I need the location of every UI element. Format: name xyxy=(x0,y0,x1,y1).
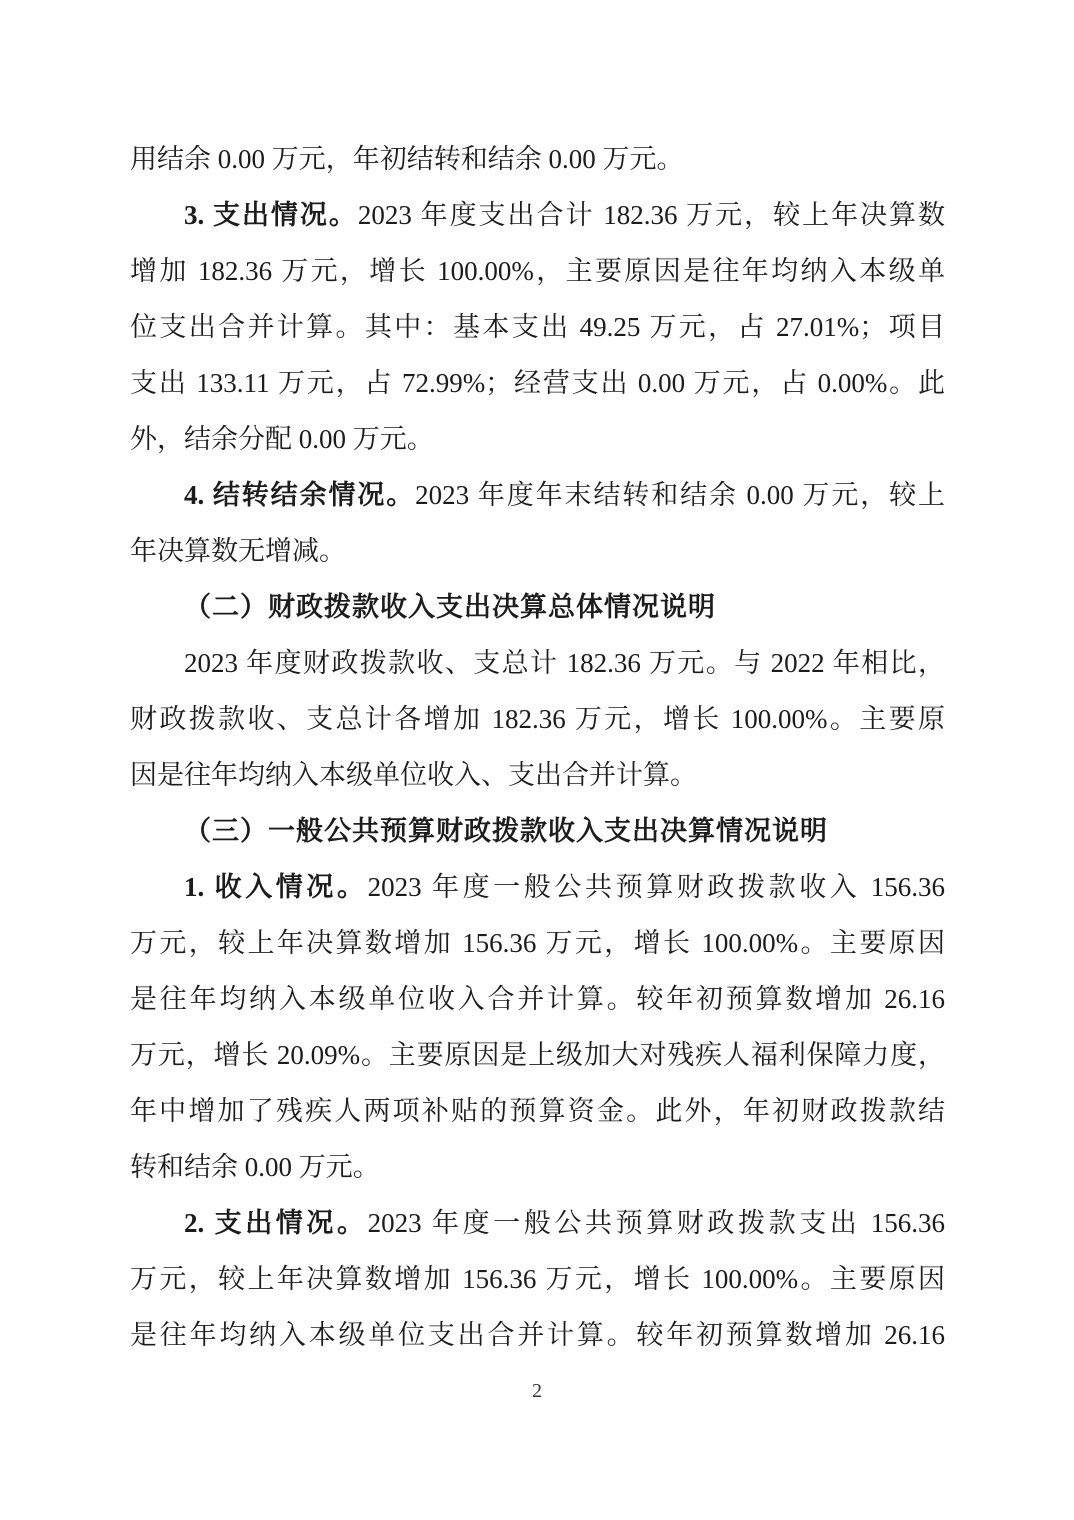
text-line: 2023 年度财政拨款收、支总计 182.36 万元。与 2022 年相比， xyxy=(130,635,945,691)
text-line: 万元，较上年决算数增加 156.36 万元，增长 100.00%。主要原因 xyxy=(130,915,945,971)
text-line: 因是往年均纳入本级单位收入、支出合并计算。 xyxy=(130,747,945,803)
page-number: 2 xyxy=(0,1380,1074,1403)
body-text: 2023 年度财政拨款收、支总计 182.36 万元。与 2022 年相比， xyxy=(184,648,945,678)
bold-lead: 2. 支出情况。 xyxy=(184,1208,368,1238)
text-line: 是往年均纳入本级单位收入合并计算。较年初预算数增加 26.16 xyxy=(130,971,945,1027)
body-text: 转和结余 0.00 万元。 xyxy=(130,1152,380,1182)
text-line: 是往年均纳入本级单位支出合并计算。较年初预算数增加 26.16 xyxy=(130,1307,945,1363)
text-line: 外，结余分配 0.00 万元。 xyxy=(130,411,945,467)
heading-text: （三）一般公共预算财政拨款收入支出决算情况说明 xyxy=(184,816,828,846)
text-line: 万元，较上年决算数增加 156.36 万元，增长 100.00%。主要原因 xyxy=(130,1251,945,1307)
text-line: 增加 182.36 万元，增长 100.00%，主要原因是往年均纳入本级单 xyxy=(130,243,945,299)
text-line: 4. 结转结余情况。2023 年度年末结转和结余 0.00 万元，较上 xyxy=(130,467,945,523)
heading-text: （二）财政拨款收入支出决算总体情况说明 xyxy=(184,592,716,622)
body-text: 增加 182.36 万元，增长 100.00%，主要原因是往年均纳入本级单 xyxy=(130,256,945,286)
text-line: 支出 133.11 万元，占 72.99%；经营支出 0.00 万元，占 0.0… xyxy=(130,355,945,411)
section-heading: （三）一般公共预算财政拨款收入支出决算情况说明 xyxy=(130,803,945,859)
section-heading: （二）财政拨款收入支出决算总体情况说明 xyxy=(130,579,945,635)
bold-lead: 3. 支出情况。 xyxy=(184,200,358,230)
text-line: 转和结余 0.00 万元。 xyxy=(130,1139,945,1195)
text-line: 3. 支出情况。2023 年度支出合计 182.36 万元，较上年决算数 xyxy=(130,187,945,243)
body-text: 外，结余分配 0.00 万元。 xyxy=(130,424,434,454)
text-line: 用结余 0.00 万元，年初结转和结余 0.00 万元。 xyxy=(130,131,945,187)
text-line: 1. 收入情况。2023 年度一般公共预算财政拨款收入 156.36 xyxy=(130,859,945,915)
body-text: 因是往年均纳入本级单位收入、支出合并计算。 xyxy=(130,760,697,790)
text-line: 年中增加了残疾人两项补贴的预算资金。此外，年初财政拨款结 xyxy=(130,1083,945,1139)
text-line: 财政拨款收、支总计各增加 182.36 万元，增长 100.00%。主要原 xyxy=(130,691,945,747)
body-text: 2023 年度支出合计 182.36 万元，较上年决算数 xyxy=(358,200,945,230)
bold-lead: 4. 结转结余情况。 xyxy=(184,480,415,510)
document-page: 用结余 0.00 万元，年初结转和结余 0.00 万元。 3. 支出情况。202… xyxy=(0,0,1074,1520)
body-text: 是往年均纳入本级单位收入合并计算。较年初预算数增加 26.16 xyxy=(130,984,945,1014)
body-text: 万元，较上年决算数增加 156.36 万元，增长 100.00%。主要原因 xyxy=(130,1264,945,1294)
body-text: 2023 年度年末结转和结余 0.00 万元，较上 xyxy=(415,480,945,510)
body-text: 年决算数无增减。 xyxy=(130,536,346,566)
body-text: 是往年均纳入本级单位支出合并计算。较年初预算数增加 26.16 xyxy=(130,1320,945,1350)
body-text: 2023 年度一般公共预算财政拨款收入 156.36 xyxy=(368,872,945,902)
text-line: 2. 支出情况。2023 年度一般公共预算财政拨款支出 156.36 xyxy=(130,1195,945,1251)
body-text: 万元，增长 20.09%。主要原因是上级加大对残疾人福利保障力度， xyxy=(130,1040,945,1070)
text-line: 年决算数无增减。 xyxy=(130,523,945,579)
text-line: 万元，增长 20.09%。主要原因是上级加大对残疾人福利保障力度， xyxy=(130,1027,945,1083)
body-text: 财政拨款收、支总计各增加 182.36 万元，增长 100.00%。主要原 xyxy=(130,704,945,734)
bold-lead: 1. 收入情况。 xyxy=(184,872,368,902)
body-text: 万元，较上年决算数增加 156.36 万元，增长 100.00%。主要原因 xyxy=(130,928,945,958)
text-line: 位支出合并计算。其中：基本支出 49.25 万元，占 27.01%；项目 xyxy=(130,299,945,355)
body-text: 年中增加了残疾人两项补贴的预算资金。此外，年初财政拨款结 xyxy=(130,1096,945,1126)
body-text: 用结余 0.00 万元，年初结转和结余 0.00 万元。 xyxy=(130,144,684,174)
body-text: 2023 年度一般公共预算财政拨款支出 156.36 xyxy=(368,1208,945,1238)
body-text: 位支出合并计算。其中：基本支出 49.25 万元，占 27.01%；项目 xyxy=(130,312,945,342)
body-text: 支出 133.11 万元，占 72.99%；经营支出 0.00 万元，占 0.0… xyxy=(130,368,945,398)
